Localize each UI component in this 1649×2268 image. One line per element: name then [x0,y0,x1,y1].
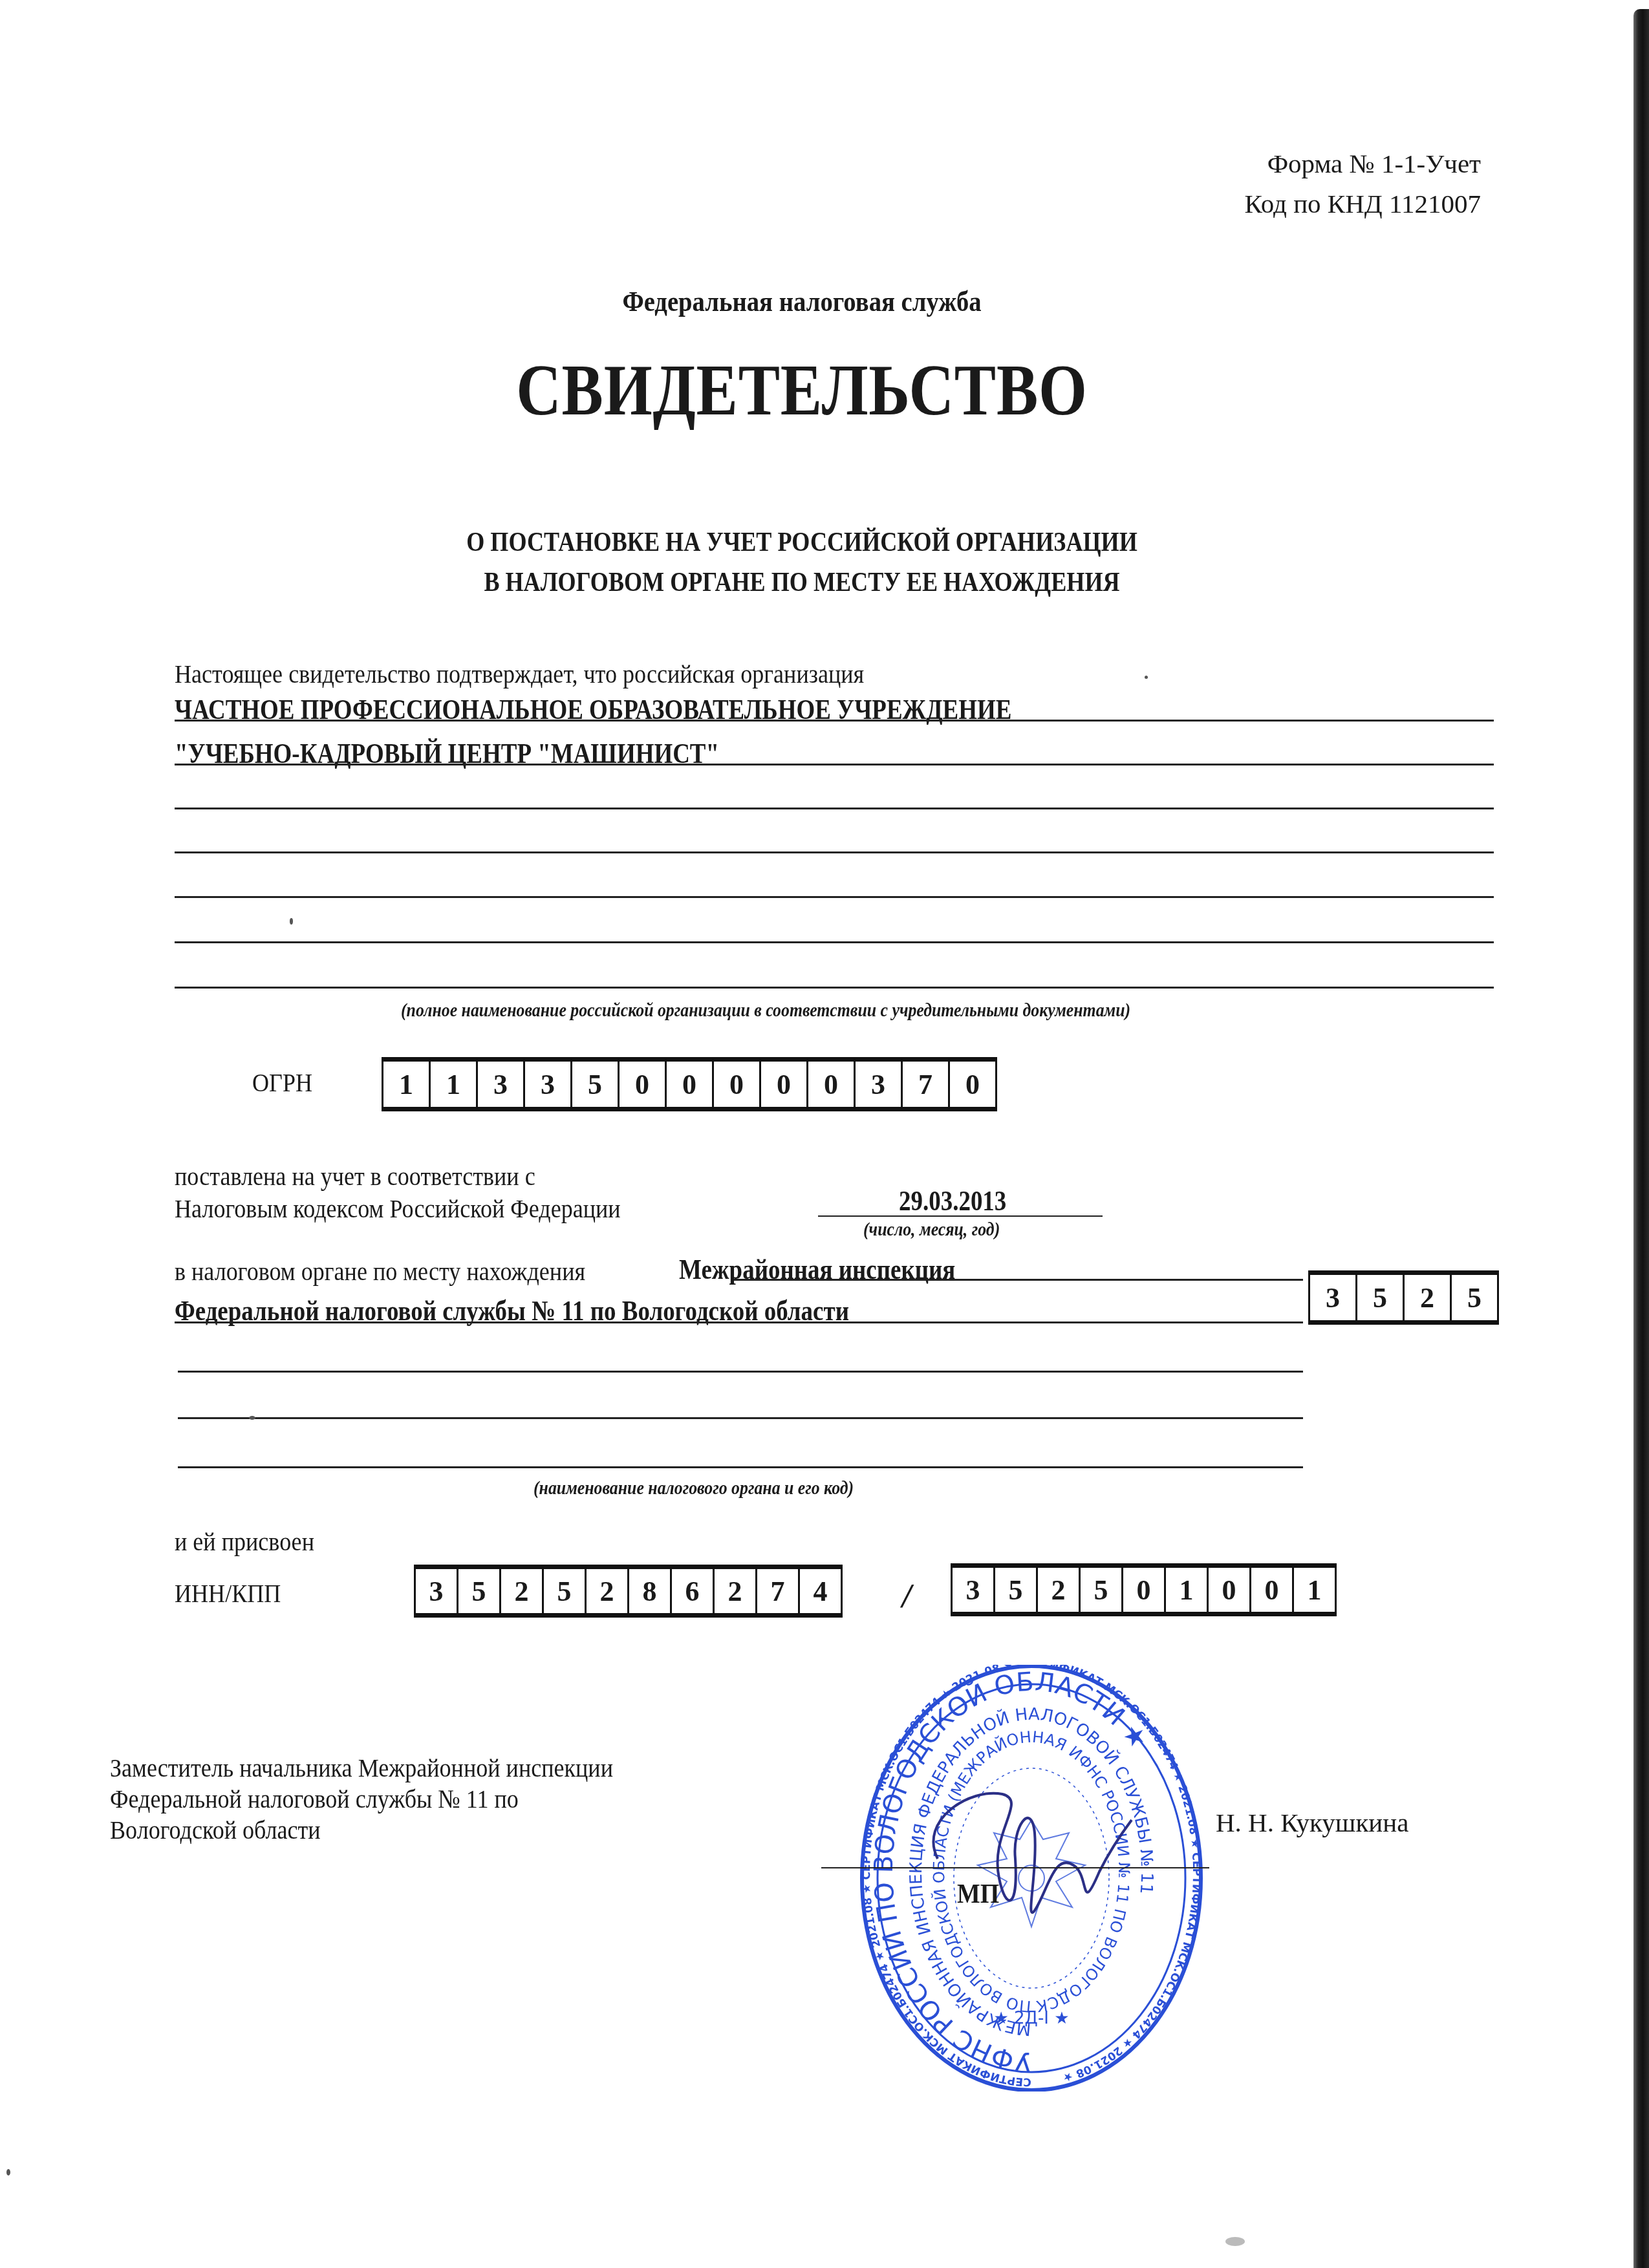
inn-digit-cell: 8 [629,1569,672,1613]
scan-speck [290,918,293,925]
document-title: СВИДЕТЕЛЬСТВО [113,349,1492,433]
tax-authority-intro: в налоговом органе по месту нахождения [175,1256,585,1287]
tax-authority-name-line-1: Межрайонная инспекция [679,1253,955,1286]
ogrn-digit-cell: 0 [808,1062,856,1107]
kpp-digit-cell: 1 [1294,1568,1337,1612]
tax-authority-caption: (наименование налогового органа и его ко… [533,1477,854,1499]
kpp-digit-cell: 0 [1251,1568,1294,1612]
fill-line [175,1321,1303,1323]
assigned-intro: и ей присвоен [175,1526,314,1557]
fill-line [175,941,1494,943]
ogrn-digit-cell: 7 [903,1062,950,1107]
stamp-code: ★ 2Д-I ★ [993,2009,1069,2028]
registration-line-1: поставлена на учет в соответствии с [175,1161,535,1192]
kpp-digit-cell: 5 [1081,1568,1123,1612]
knd-code: Код по КНД 1121007 [1244,184,1481,224]
inn-cells: 3525286274 [414,1565,843,1618]
ogrn-digit-cell: 1 [431,1062,478,1107]
subtitle-line-1: О ПОСТАНОВКЕ НА УЧЕТ РОССИЙСКОЙ ОРГАНИЗА… [128,522,1475,562]
fill-line [178,1417,1303,1419]
fill-line [175,808,1494,809]
ogrn-digit-cell: 0 [950,1062,997,1107]
signature-line [821,1867,1209,1868]
inn-kpp-separator: / [902,1578,911,1616]
form-number: Форма № 1-1-Учет [1244,144,1481,184]
kpp-digit-cell: 0 [1123,1568,1166,1612]
seal-mark: МП [957,1878,999,1910]
inn-digit-cell: 2 [715,1569,757,1613]
kpp-digit-cell: 3 [953,1568,995,1612]
inn-digit-cell: 2 [501,1569,544,1613]
fill-line [175,851,1494,853]
fill-line [175,896,1494,898]
tax-authority-code-cells: 3525 [1308,1270,1499,1325]
organization-caption: (полное наименование российской организа… [401,1000,1130,1022]
kpp-digit-cell: 5 [995,1568,1038,1612]
tax-code-digit-cell: 5 [1357,1275,1405,1320]
kpp-digit-cell: 2 [1038,1568,1081,1612]
fill-line [175,987,1494,989]
tax-code-digit-cell: 2 [1405,1275,1452,1320]
fill-line [734,1279,1303,1281]
fill-line [175,720,1494,722]
inn-kpp-label: ИНН/КПП [175,1578,281,1609]
inn-digit-cell: 4 [800,1569,843,1613]
ogrn-digit-cell: 3 [856,1062,903,1107]
ogrn-digit-cell: 1 [383,1062,431,1107]
signatory-position: Заместитель начальника Межрайонной инспе… [110,1752,613,1845]
registration-line-2: Налоговым кодексом Российской Федерации [175,1193,621,1224]
fill-line [175,764,1494,765]
registration-date: 29.03.2013 [899,1184,1006,1217]
signatory-name: Н. Н. Кукушкина [1216,1807,1408,1838]
signatory-position-line-2: Федеральной налоговой службы № 11 по [110,1783,613,1814]
date-line [818,1215,1103,1217]
ogrn-digit-cell: 3 [525,1062,572,1107]
ogrn-label: ОГРН [252,1067,312,1098]
ogrn-digit-cell: 5 [572,1062,620,1107]
tax-code-digit-cell: 5 [1452,1275,1499,1320]
fill-line [178,1466,1303,1468]
ogrn-digit-cell: 0 [761,1062,808,1107]
scan-page-edge [1633,9,1649,2268]
ogrn-digit-cell: 0 [620,1062,667,1107]
subtitle-line-2: В НАЛОГОВОМ ОРГАНЕ ПО МЕСТУ ЕЕ НАХОЖДЕНИ… [128,562,1475,603]
ogrn-digit-cell: 3 [478,1062,525,1107]
ogrn-digit-cell: 0 [667,1062,714,1107]
signatory-position-line-1: Заместитель начальника Межрайонной инспе… [110,1752,613,1783]
kpp-digit-cell: 0 [1209,1568,1251,1612]
issuer-name: Федеральная налоговая служба [113,284,1492,318]
inn-digit-cell: 3 [416,1569,458,1613]
scan-speck [6,2169,10,2176]
inn-digit-cell: 6 [672,1569,715,1613]
scan-speck [1225,2237,1245,2246]
ogrn-cells: 1133500000370 [382,1057,997,1111]
inn-digit-cell: 7 [757,1569,800,1613]
scan-speck [249,1416,255,1420]
document-subtitle: О ПОСТАНОВКЕ НА УЧЕТ РОССИЙСКОЙ ОРГАНИЗА… [128,522,1475,603]
official-stamp: СЕРТИФИКАТ МСК.ОС1.Б02474 ★ 2021.08 ★ СЕ… [860,1665,1203,2091]
kpp-digit-cell: 1 [1166,1568,1209,1612]
scan-speck [1145,676,1148,679]
inn-digit-cell: 5 [458,1569,501,1613]
fill-line [178,1371,1303,1373]
form-meta: Форма № 1-1-Учет Код по КНД 1121007 [1244,144,1481,224]
kpp-cells: 352501001 [951,1563,1337,1616]
ogrn-digit-cell: 0 [714,1062,761,1107]
tax-code-digit-cell: 3 [1310,1275,1357,1320]
inn-digit-cell: 2 [587,1569,629,1613]
date-caption: (число, месяц, год) [863,1219,1000,1241]
organization-intro: Настоящее свидетельство подтверждает, чт… [175,658,864,689]
signatory-position-line-3: Вологодской области [110,1814,613,1845]
inn-digit-cell: 5 [544,1569,587,1613]
